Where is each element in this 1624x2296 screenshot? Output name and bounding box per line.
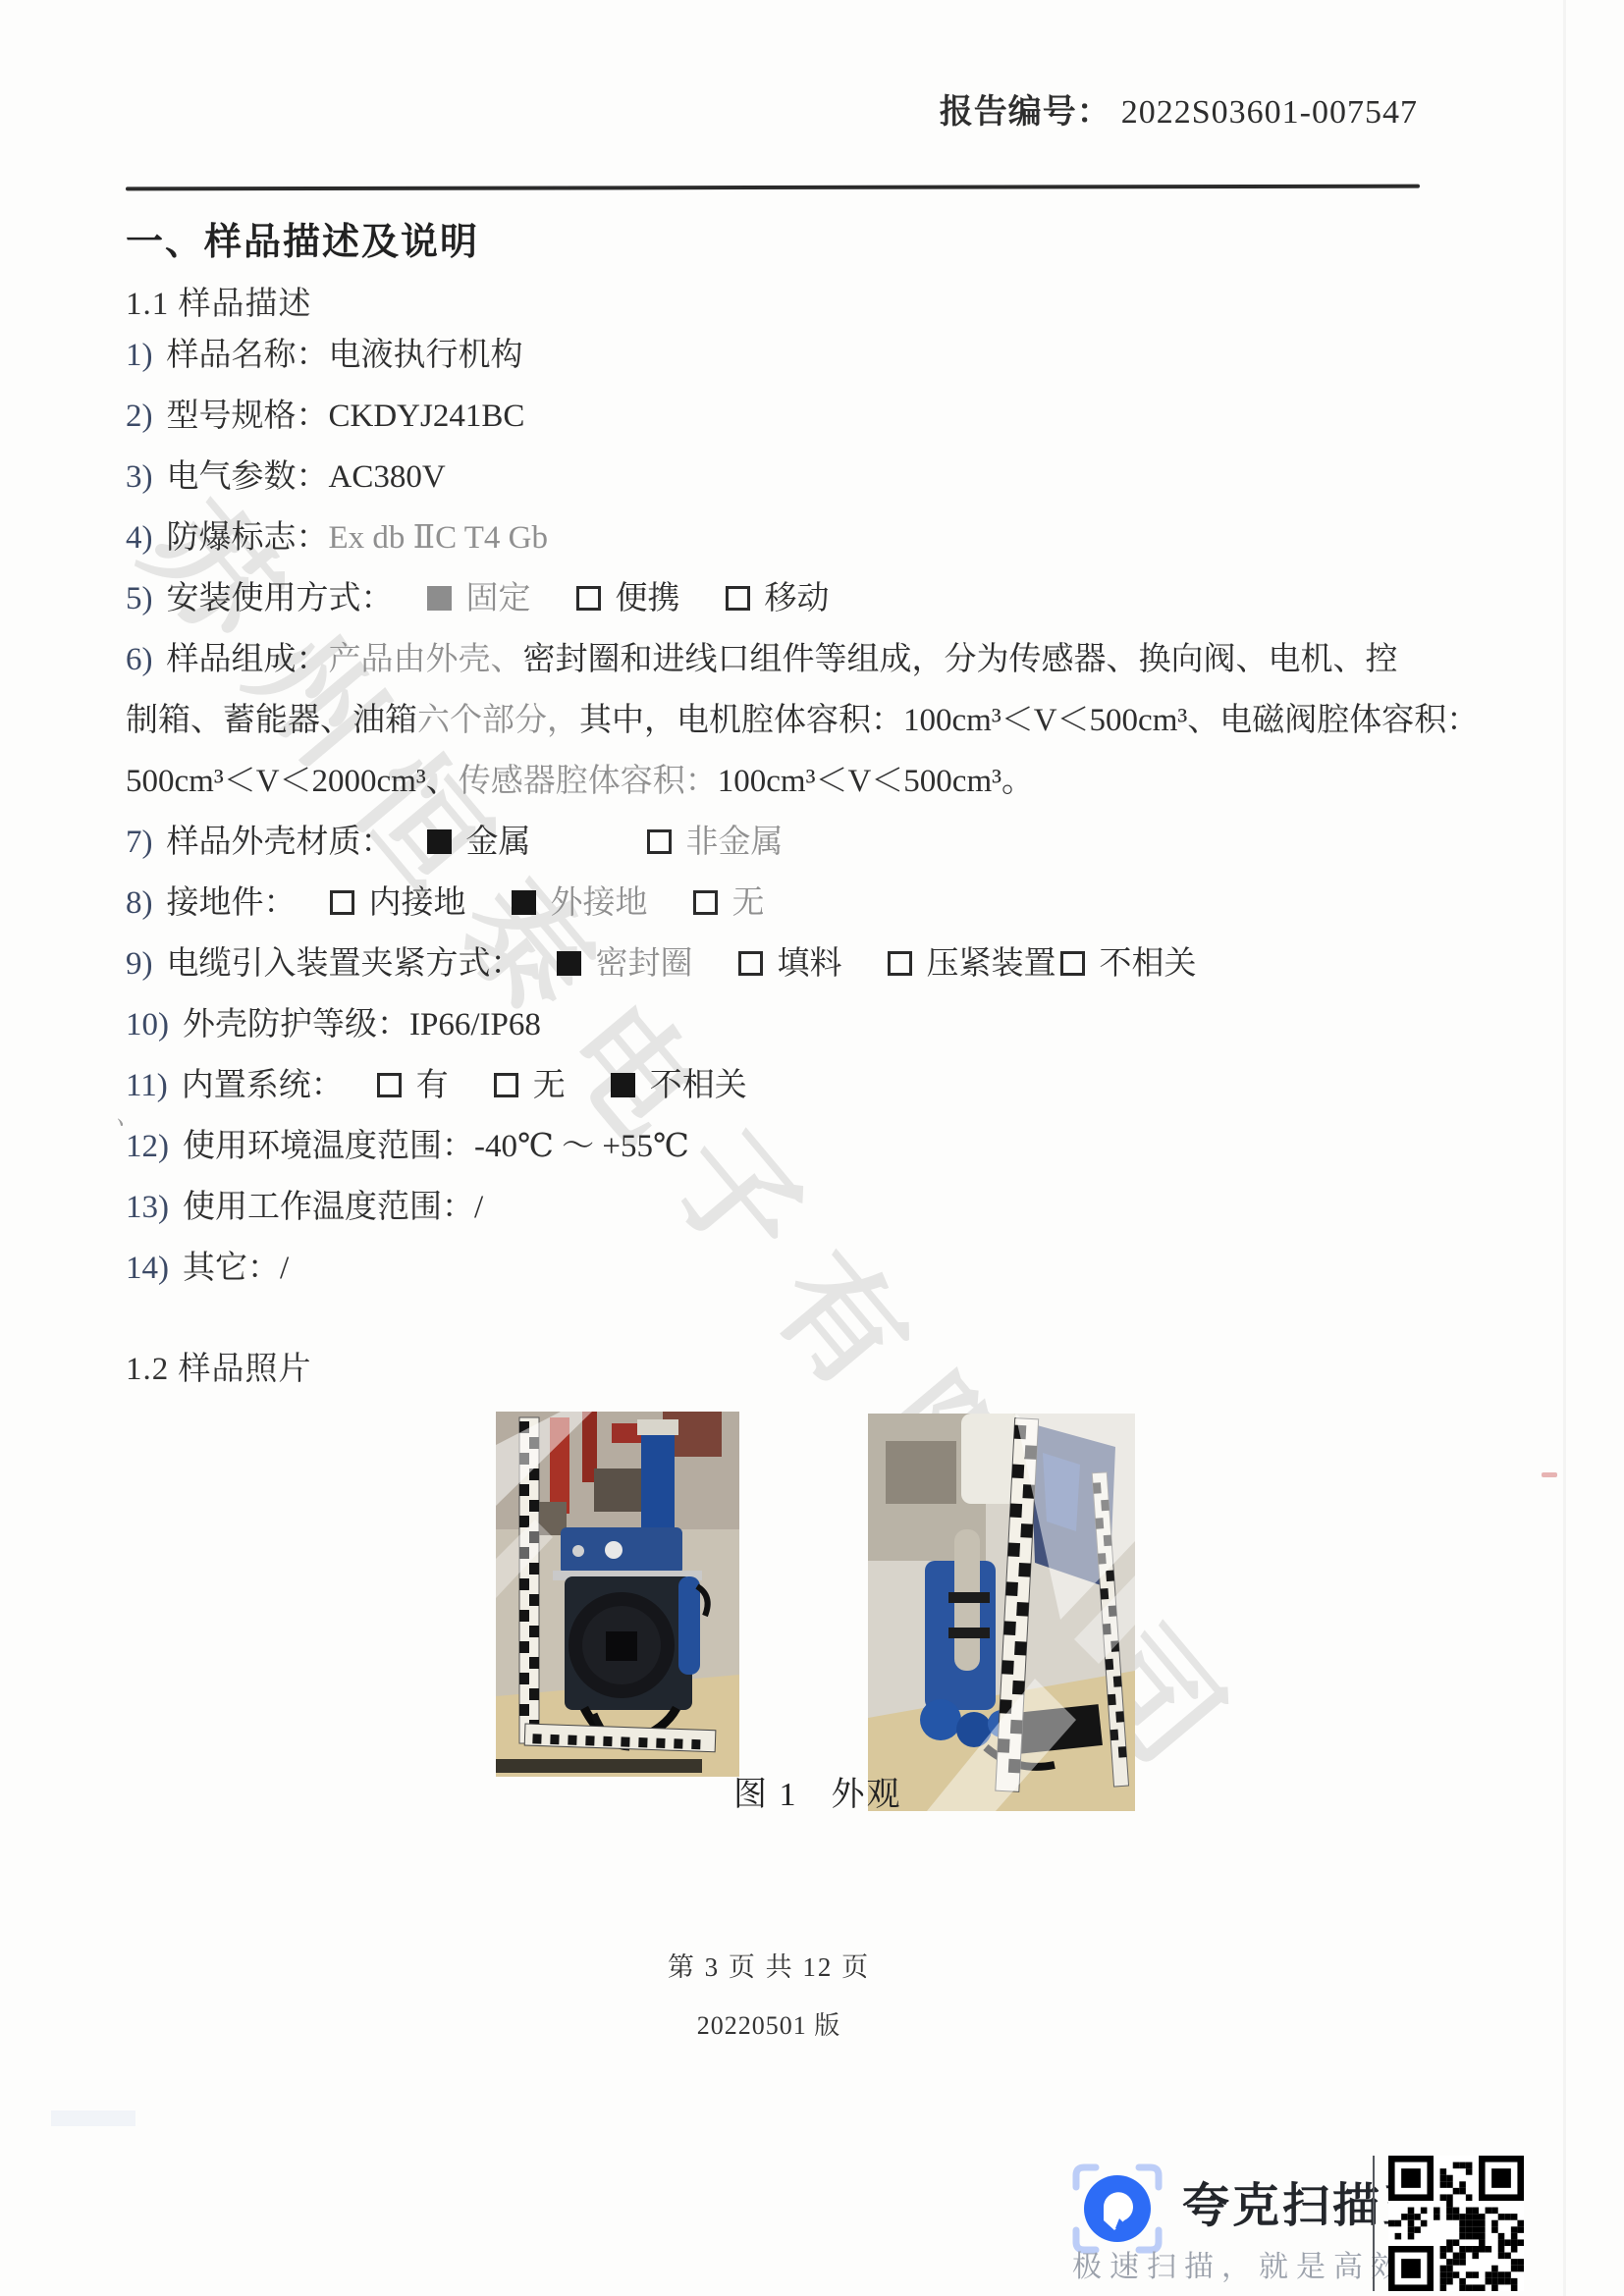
item-number: 11) xyxy=(126,1066,168,1106)
item-number: 13) xyxy=(126,1188,169,1228)
checkbox-option: 无 xyxy=(494,1068,566,1103)
list-item: 8)接地件：内接地外接地无 xyxy=(126,883,1500,924)
item-text: 其中，电机腔体容积：100cm³＜V＜500cm³、电磁阀腔体容积： xyxy=(579,703,1479,738)
option-label: 非金属 xyxy=(686,825,784,860)
item-line: 500cm³＜V＜2000cm³、传感器腔体容积：100cm³＜V＜500cm³… xyxy=(126,762,1500,802)
item-text: 电缆引入装置夹紧方式： xyxy=(167,946,523,982)
item-text: Ex db ⅡC T4 Gb xyxy=(329,520,549,556)
checkbox-unchecked-icon xyxy=(693,890,718,915)
item-number: 5) xyxy=(126,579,153,619)
checkbox-option: 密封圈 xyxy=(557,946,693,982)
checkbox-option: 非金属 xyxy=(647,825,784,860)
report-number-value: 2022S03601-007547 xyxy=(1121,94,1418,131)
item-text: 电气参数：AC380V xyxy=(167,459,446,495)
checkbox-checked-icon xyxy=(427,586,452,611)
checkbox-unchecked-icon xyxy=(888,951,912,976)
list-item: 10)外壳防护等级：IP66/IP68 xyxy=(126,1005,1500,1045)
page-number: 第 3 页 共 12 页 xyxy=(126,1946,1412,1984)
report-number-label: 报告编号： xyxy=(940,93,1111,131)
checkbox-option: 外接地 xyxy=(512,885,648,921)
sample-description-list: 1)样品名称：电液执行机构2)型号规格：CKDYJ241BC3)电气参数：AC3… xyxy=(126,336,1500,1309)
option-label: 无 xyxy=(732,885,765,921)
item-number: 7) xyxy=(126,823,153,863)
checkbox-unchecked-icon xyxy=(576,586,601,611)
checkbox-unchecked-icon xyxy=(738,951,763,976)
option-label: 密封圈 xyxy=(596,946,693,982)
item-text: 产品由外壳、 xyxy=(329,642,523,677)
item-text: 其它：/ xyxy=(183,1251,289,1286)
sample-photo-front xyxy=(491,1412,744,1777)
header-rule xyxy=(126,185,1420,191)
quark-scanner-branding: 夸克扫描王 极速扫描，就是高效 xyxy=(1066,2156,1528,2293)
item-text: 传感器腔体容积： xyxy=(459,764,718,799)
item-number: 8) xyxy=(126,883,153,924)
checkbox-option: 不相关 xyxy=(1060,946,1197,982)
list-item: 14)其它：/ xyxy=(126,1249,1500,1289)
list-item: 11)内置系统：有无不相关 xyxy=(126,1066,1500,1106)
list-item: 9)电缆引入装置夹紧方式：密封圈填料压紧装置不相关 xyxy=(126,944,1500,985)
checkbox-checked-icon xyxy=(611,1073,635,1097)
item-text: 安装使用方式： xyxy=(167,581,394,616)
brand-divider xyxy=(1373,2156,1375,2291)
item-number: 10) xyxy=(126,1005,169,1045)
scan-artifact xyxy=(1563,0,1566,2296)
item-number: 14) xyxy=(126,1249,169,1289)
checkbox-option: 移动 xyxy=(726,581,830,616)
list-item: 2)型号规格：CKDYJ241BC xyxy=(126,397,1500,437)
option-label: 填料 xyxy=(778,946,842,982)
item-text: 样品组成： xyxy=(167,642,329,677)
checkbox-unchecked-icon xyxy=(494,1073,518,1097)
option-label: 内接地 xyxy=(369,885,466,921)
scan-artifact xyxy=(51,2110,135,2126)
item-number: 4) xyxy=(126,518,153,559)
item-text: 六个部分， xyxy=(417,703,579,738)
report-number: 报告编号：2022S03601-007547 xyxy=(126,84,1418,133)
checkbox-checked-icon xyxy=(557,951,581,976)
checkbox-option: 不相关 xyxy=(611,1068,747,1103)
item-text: 使用环境温度范围：-40℃ ～ +55℃ xyxy=(183,1129,689,1164)
section-title: 一、样品描述及说明 xyxy=(126,211,479,265)
item-number: 12) xyxy=(126,1127,169,1167)
option-label: 不相关 xyxy=(650,1068,747,1103)
list-item: 7)样品外壳材质：金属非金属 xyxy=(126,823,1500,863)
option-label: 便携 xyxy=(616,581,680,616)
item-text: 制箱、蓄能器、油箱 xyxy=(126,703,417,738)
item-number: 2) xyxy=(126,397,153,437)
option-label: 移动 xyxy=(765,581,830,616)
checkbox-option: 便携 xyxy=(576,581,680,616)
item-number: 1) xyxy=(126,336,153,376)
checkbox-checked-icon xyxy=(427,829,452,854)
checkbox-unchecked-icon xyxy=(1060,951,1085,976)
list-item: 4)防爆标志：Ex db ⅡC T4 Gb xyxy=(126,518,1500,559)
checkbox-unchecked-icon xyxy=(647,829,672,854)
brand-tagline: 极速扫描，就是高效 xyxy=(1072,2242,1408,2285)
item-text: 样品名称：电液执行机构 xyxy=(167,338,523,373)
checkbox-checked-icon xyxy=(512,890,536,915)
list-item: 5)安装使用方式：固定便携移动 xyxy=(126,579,1500,619)
item-text: 外壳防护等级：IP66/IP68 xyxy=(183,1007,541,1042)
item-line: 制箱、蓄能器、油箱六个部分，其中，电机腔体容积：100cm³＜V＜500cm³、… xyxy=(126,701,1500,741)
item-text: 防爆标志： xyxy=(167,520,329,556)
list-item: 3)电气参数：AC380V xyxy=(126,457,1500,498)
figure-caption: 图 1外观 xyxy=(733,1767,902,1815)
item-text: 密封圈和进线口组件等组成，分为传感器、换向阀、电机、控 xyxy=(523,642,1398,677)
item-text: 型号规格：CKDYJ241BC xyxy=(167,399,525,434)
option-label: 不相关 xyxy=(1100,946,1197,982)
item-number: 9) xyxy=(126,944,153,985)
item-number: 6) xyxy=(126,640,153,680)
checkbox-option: 金属 xyxy=(427,825,531,860)
version-label: 20220501 版 xyxy=(126,2005,1412,2042)
qr-code xyxy=(1388,2156,1524,2291)
checkbox-option: 压紧装置 xyxy=(888,946,1056,982)
checkbox-option: 无 xyxy=(693,885,765,921)
item-line: 6)样品组成：产品由外壳、密封圈和进线口组件等组成，分为传感器、换向阀、电机、控 xyxy=(126,640,1500,680)
checkbox-option: 有 xyxy=(377,1068,449,1103)
figure-caption-number: 图 1 xyxy=(733,1777,798,1813)
list-item: 6)样品组成：产品由外壳、密封圈和进线口组件等组成，分为传感器、换向阀、电机、控… xyxy=(126,640,1500,802)
scanned-report-page: 苏州恒泰电子有限公司 报告编号：2022S03601-007547 一、样品描述… xyxy=(0,0,1624,2296)
checkbox-option: 填料 xyxy=(738,946,842,982)
item-text: 内置系统： xyxy=(182,1068,344,1103)
option-label: 压紧装置 xyxy=(927,946,1056,982)
list-item: 13)使用工作温度范围：/ xyxy=(126,1188,1500,1228)
item-text: 使用工作温度范围：/ xyxy=(183,1190,483,1225)
figure-caption-text: 外观 xyxy=(832,1777,902,1813)
item-text: 500cm³＜V＜2000cm³、 xyxy=(126,764,459,799)
checkbox-option: 内接地 xyxy=(330,885,466,921)
sample-photo-side xyxy=(868,1414,1135,1811)
checkbox-option: 固定 xyxy=(427,581,531,616)
scan-artifact xyxy=(1542,1472,1557,1477)
checkbox-unchecked-icon xyxy=(726,586,750,611)
subsection-title-1-1: 1.1 样品描述 xyxy=(126,278,312,324)
subsection-title-1-2: 1.2 样品照片 xyxy=(126,1343,312,1389)
option-label: 外接地 xyxy=(551,885,648,921)
item-text: 接地件： xyxy=(167,885,297,921)
item-text: 100cm³＜V＜500cm³。 xyxy=(718,764,1034,799)
option-label: 固定 xyxy=(466,581,531,616)
option-label: 有 xyxy=(416,1068,449,1103)
list-item: 1)样品名称：电液执行机构 xyxy=(126,336,1500,376)
item-number: 3) xyxy=(126,457,153,498)
list-item: 12)使用环境温度范围：-40℃ ～ +55℃ xyxy=(126,1127,1500,1167)
option-label: 无 xyxy=(533,1068,566,1103)
checkbox-unchecked-icon xyxy=(330,890,354,915)
checkbox-unchecked-icon xyxy=(377,1073,402,1097)
option-label: 金属 xyxy=(466,825,531,860)
item-text: 样品外壳材质： xyxy=(167,825,394,860)
